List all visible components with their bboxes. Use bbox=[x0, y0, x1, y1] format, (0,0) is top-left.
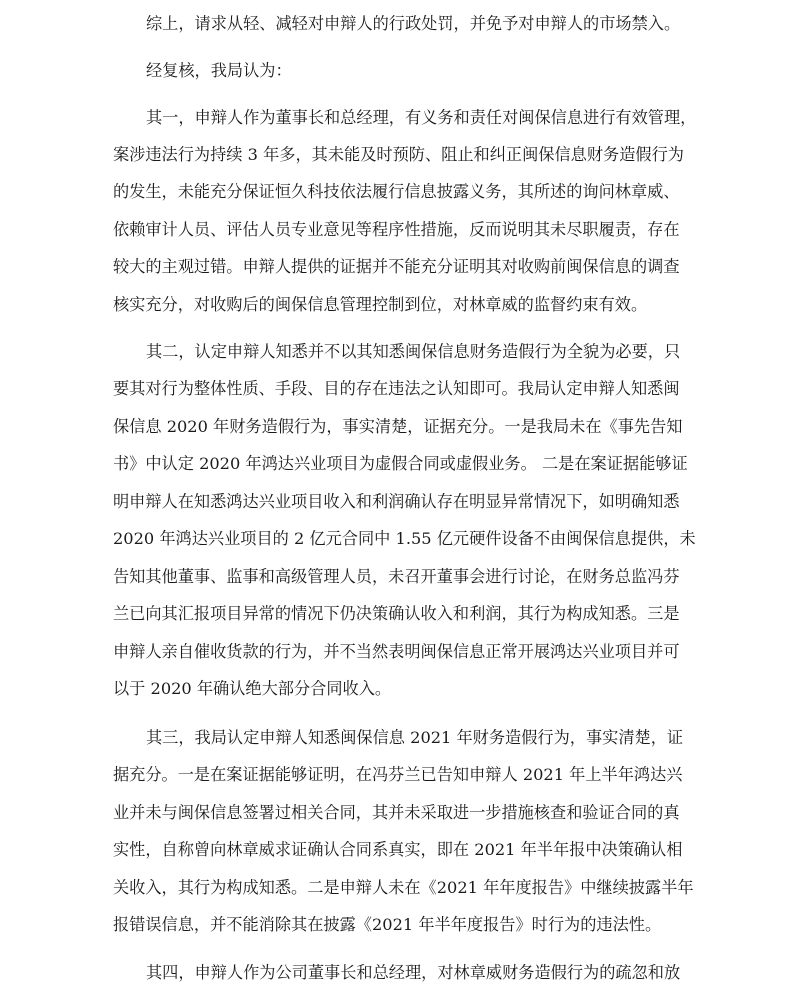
paragraph-point-two-line-6: 2020 年鸿达兴业项目的 2 亿元合同中 1.55 亿元硬件设备不由闽保信息提… bbox=[113, 528, 667, 550]
paragraph-point-one-line-3: 的发生，未能充分保证恒久科技依法履行信息披露义务，其所述的询问林章威、 bbox=[113, 181, 667, 203]
paragraph-point-three-line-5: 关收入，其行为构成知悉。二是申辩人未在《2021 年年度报告》中继续披露半年 bbox=[113, 877, 667, 899]
paragraph-point-three-line-3: 业并未与闽保信息签署过相关合同，其并未采取进一步措施核查和验证合同的真 bbox=[113, 802, 667, 824]
document-page: 综上，请求从轻、减轻对申辩人的行政处罚，并免予对申辩人的市场禁入。 经复核，我局… bbox=[0, 0, 786, 985]
paragraph-point-two-line-4: 书》中认定 2020 年鸿达兴业项目为虚假合同或虚假业务。 二是在案证据能够证 bbox=[113, 453, 667, 475]
paragraph-point-three-line-2: 据充分。一是在案证据能够证明，在冯芬兰已告知申辩人 2021 年上半年鸿达兴 bbox=[113, 764, 667, 786]
paragraph-point-two-line-10: 以于 2020 年确认绝大部分合同收入。 bbox=[113, 678, 667, 700]
paragraph-point-two-line-8: 兰已向其汇报项目异常的情况下仍决策确认收入和利润，其行为构成知悉。三是 bbox=[113, 603, 667, 625]
paragraph-point-one-line-6: 核实充分，对收购后的闽保信息管理控制到位，对林章威的监督约束有效。 bbox=[113, 294, 667, 316]
paragraph-conclusion-request-line-1: 综上，请求从轻、减轻对申辩人的行政处罚，并免予对申辩人的市场禁入。 bbox=[146, 13, 667, 35]
paragraph-point-four-line-1: 其四，申辩人作为公司董事长和总经理，对林章威财务造假行为的疏忽和放 bbox=[146, 962, 667, 984]
paragraph-point-three-line-1: 其三，我局认定申辩人知悉闽保信息 2021 年财务造假行为，事实清楚，证 bbox=[146, 727, 667, 749]
paragraph-point-one-line-5: 较大的主观过错。申辩人提供的证据并不能充分证明其对收购前闽保信息的调查 bbox=[113, 256, 667, 278]
paragraph-review-intro-line-1: 经复核，我局认为： bbox=[146, 60, 667, 82]
paragraph-point-three-line-4: 实性，自称曾向林章威求证确认合同系真实，即在 2021 年半年报中决策确认相 bbox=[113, 839, 667, 861]
paragraph-point-two-line-7: 告知其他董事、监事和高级管理人员，未召开董事会进行讨论，在财务总监冯芬 bbox=[113, 566, 667, 588]
paragraph-point-one-line-2: 案涉违法行为持续 3 年多，其未能及时预防、阻止和纠正闽保信息财务造假行为 bbox=[113, 144, 667, 166]
paragraph-point-one-line-4: 依赖审计人员、评估人员专业意见等程序性措施，反而说明其未尽职履责，存在 bbox=[113, 219, 667, 241]
paragraph-point-three-line-6: 报错误信息，并不能消除其在披露《2021 年半年度报告》时行为的违法性。 bbox=[113, 914, 667, 936]
paragraph-point-two-line-3: 保信息 2020 年财务造假行为，事实清楚，证据充分。一是我局未在《事先告知 bbox=[113, 416, 667, 438]
paragraph-point-one-line-1: 其一，申辩人作为董事长和总经理，有义务和责任对闽保信息进行有效管理， bbox=[146, 107, 667, 129]
paragraph-point-two-line-5: 明申辩人在知悉鸿达兴业项目收入和利润确认存在明显异常情况下，如明确知悉 bbox=[113, 491, 667, 513]
paragraph-point-two-line-2: 要其对行为整体性质、手段、目的存在违法之认知即可。我局认定申辩人知悉闽 bbox=[113, 378, 667, 400]
paragraph-point-two-line-9: 申辩人亲自催收货款的行为，并不当然表明闽保信息正常开展鸿达兴业项目并可 bbox=[113, 641, 667, 663]
paragraph-point-two-line-1: 其二，认定申辩人知悉并不以其知悉闽保信息财务造假行为全貌为必要，只 bbox=[146, 341, 667, 363]
